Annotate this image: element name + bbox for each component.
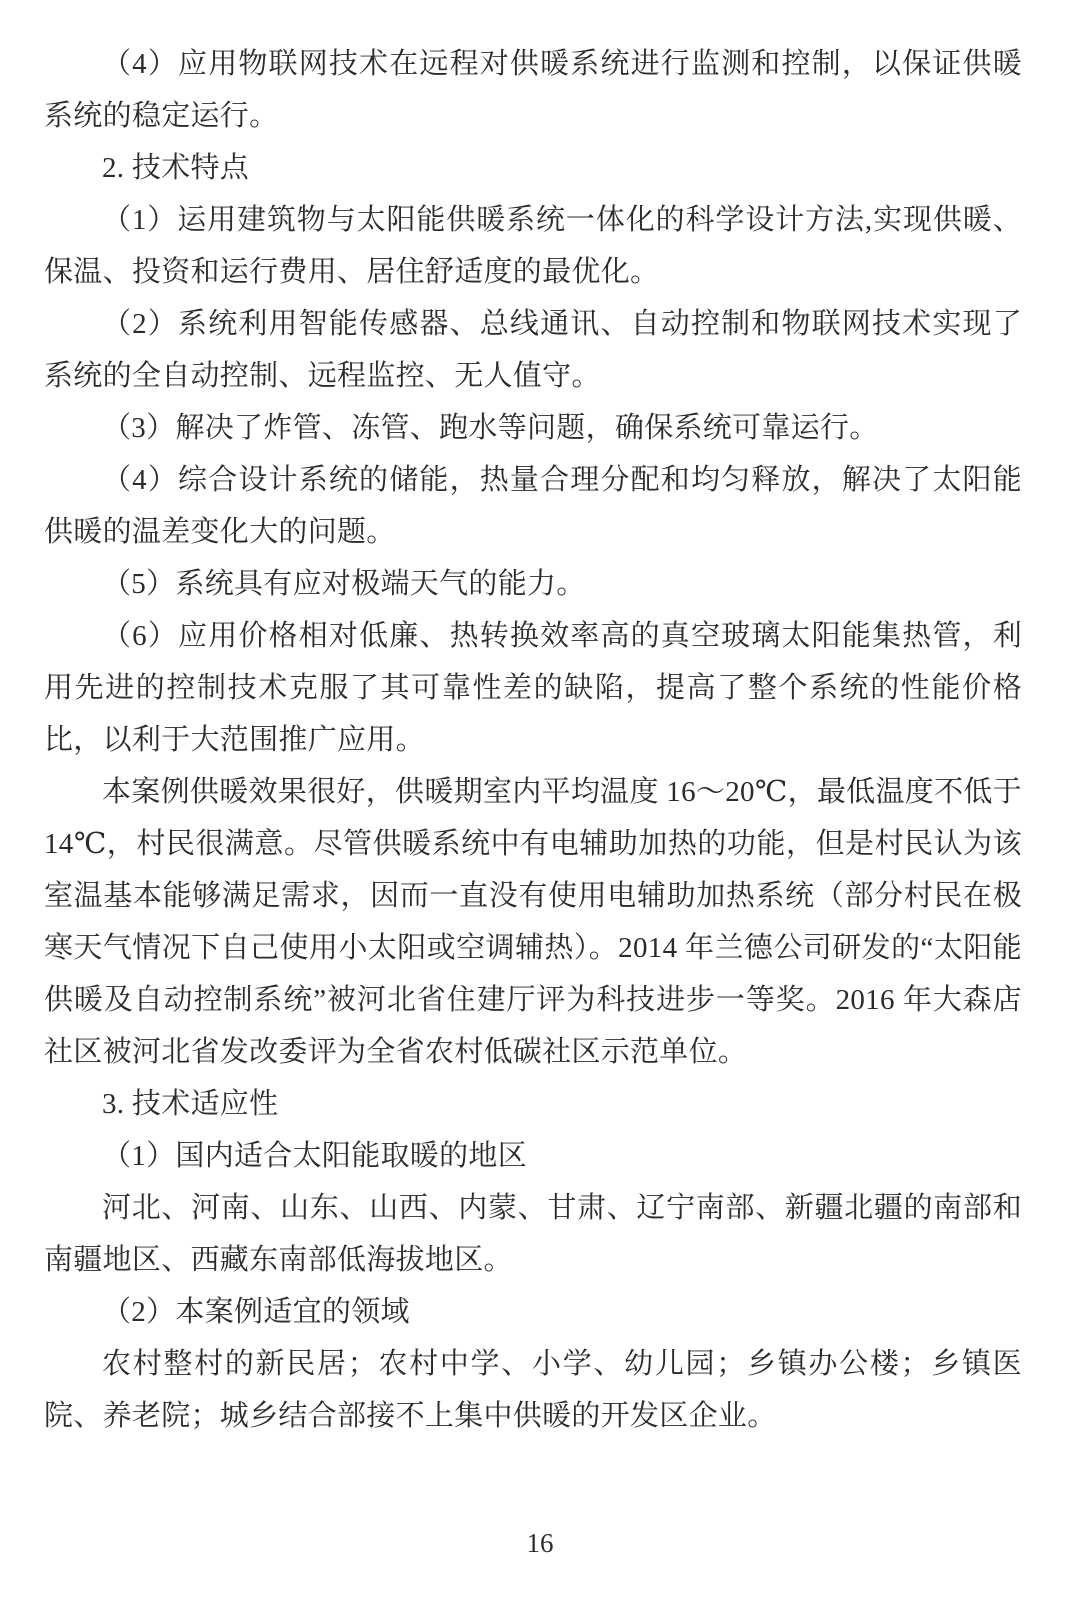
paragraph: （4）应用物联网技术在远程对供暖系统进行监测和控制，以保证供暖系统的稳定运行。 bbox=[44, 38, 1022, 142]
page-footer: 16 bbox=[0, 1528, 1080, 1559]
paragraph: （3）解决了炸管、冻管、跑水等问题，确保系统可靠运行。 bbox=[44, 402, 1022, 454]
paragraph: （5）系统具有应对极端天气的能力。 bbox=[44, 558, 1022, 610]
paragraph: （1）国内适合太阳能取暖的地区 bbox=[44, 1130, 1022, 1182]
paragraph: 河北、河南、山东、山西、内蒙、甘肃、辽宁南部、新疆北疆的南部和南疆地区、西藏东南… bbox=[44, 1182, 1022, 1286]
paragraph: 3. 技术适应性 bbox=[44, 1078, 1022, 1130]
paragraph: （6）应用价格相对低廉、热转换效率高的真空玻璃太阳能集热管，利用先进的控制技术克… bbox=[44, 610, 1022, 766]
page-number: 16 bbox=[527, 1528, 554, 1558]
paragraph: （2）本案例适宜的领域 bbox=[44, 1286, 1022, 1338]
paragraph: （4）综合设计系统的储能，热量合理分配和均匀释放，解决了太阳能供暖的温差变化大的… bbox=[44, 454, 1022, 558]
document-page: （4）应用物联网技术在远程对供暖系统进行监测和控制，以保证供暖系统的稳定运行。 … bbox=[0, 0, 1080, 1598]
document-body: （4）应用物联网技术在远程对供暖系统进行监测和控制，以保证供暖系统的稳定运行。 … bbox=[44, 38, 1022, 1442]
paragraph: 本案例供暖效果很好，供暖期室内平均温度 16～20℃，最低温度不低于 14℃，村… bbox=[44, 766, 1022, 1078]
paragraph: （2）系统利用智能传感器、总线通讯、自动控制和物联网技术实现了系统的全自动控制、… bbox=[44, 298, 1022, 402]
paragraph: 2. 技术特点 bbox=[44, 142, 1022, 194]
paragraph: 农村整村的新民居；农村中学、小学、幼儿园；乡镇办公楼；乡镇医院、养老院；城乡结合… bbox=[44, 1338, 1022, 1442]
paragraph: （1）运用建筑物与太阳能供暖系统一体化的科学设计方法,实现供暖、保温、投资和运行… bbox=[44, 194, 1022, 298]
